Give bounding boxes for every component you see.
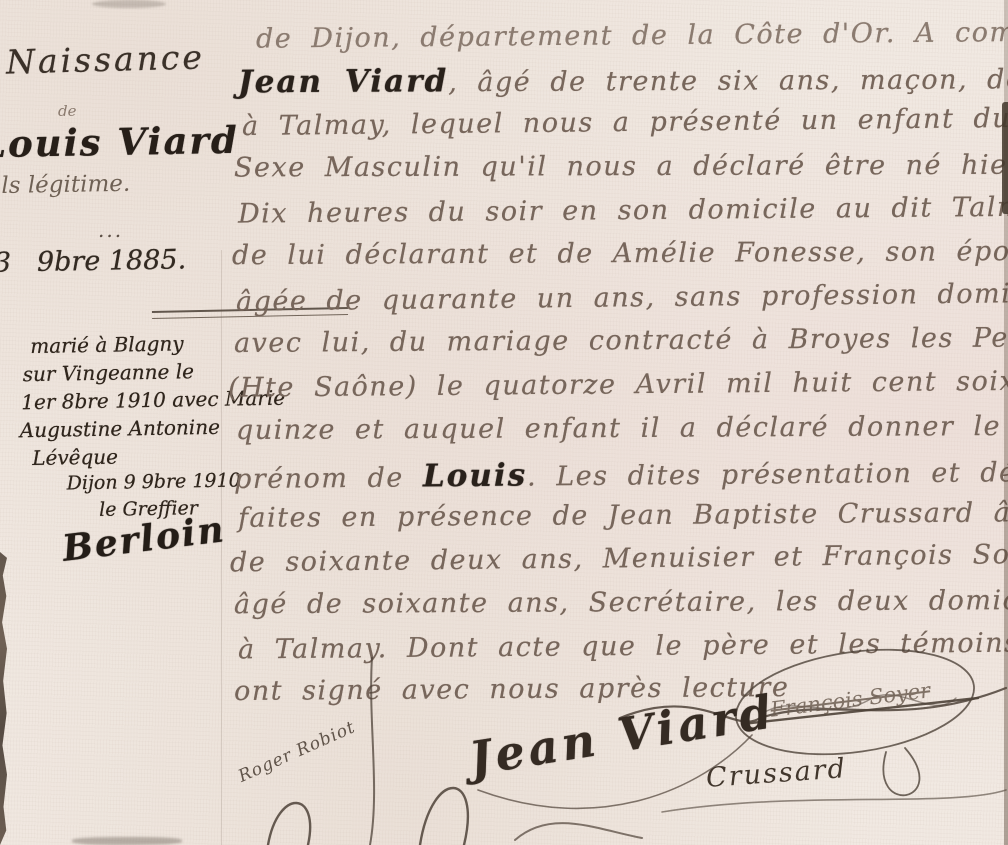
act-line: faites en présence de Jean Baptiste Crus… bbox=[238, 497, 1008, 534]
act-line: âgée de quarante un ans, sans profession… bbox=[236, 278, 1008, 318]
act-line-text: (Hte Saône) le quatorze Avril mil huit c… bbox=[228, 365, 1008, 403]
margin-child-name: Louis Viard bbox=[0, 118, 239, 167]
father-name-text: Jean Viard bbox=[238, 63, 448, 100]
child-firstname-text: Louis bbox=[423, 457, 528, 494]
clerk-signature: Berloin bbox=[60, 508, 228, 570]
act-line-text: quinze et auquel enfant il a déclaré don… bbox=[236, 411, 1001, 446]
act-line-text: faites en présence de Jean Baptiste Crus… bbox=[238, 497, 1008, 534]
act-line-text: de Dijon, département de la Côte d'Or. A… bbox=[256, 16, 1008, 54]
act-line-text: . Les dites présentation et déclaration bbox=[527, 456, 1008, 492]
scan-edge-left bbox=[0, 552, 7, 845]
marriage-note-line: Lévêque bbox=[32, 445, 118, 470]
margin-filiation: fils légitime. bbox=[0, 171, 130, 200]
act-line-text: Sexe Masculin qu'il nous a déclaré être … bbox=[234, 150, 1008, 184]
scan-smudge-top bbox=[92, 0, 166, 8]
marriage-note-line: sur Vingeanne le bbox=[23, 359, 195, 386]
act-line-text: à Talmay, lequel nous a présenté un enfa… bbox=[242, 103, 1008, 142]
act-line: à Talmay, lequel nous a présenté un enfa… bbox=[242, 103, 1008, 142]
act-line-text: de soixante deux ans, Menuisier et Franç… bbox=[230, 539, 1008, 579]
act-line: de soixante deux ans, Menuisier et Franç… bbox=[230, 539, 1008, 579]
margin-rule-line bbox=[221, 250, 222, 845]
margin-ellipsis: ... bbox=[98, 218, 123, 242]
scan-smudge-bottom bbox=[72, 837, 182, 845]
act-line: de lui déclarant et de Amélie Fonesse, s… bbox=[232, 236, 1008, 271]
act-line: quinze et auquel enfant il a déclaré don… bbox=[236, 411, 1001, 446]
act-line: à Talmay. Dont acte que le père et les t… bbox=[238, 628, 1008, 666]
act-line: Jean Viard, âgé de trente six ans, maçon… bbox=[238, 60, 1008, 101]
scanned-birth-record-page: Naissance de Louis Viard fils légitime. … bbox=[0, 0, 1008, 845]
margin-act-date: 3 9bre 1885. bbox=[0, 244, 186, 278]
scan-edge-right-blotch bbox=[1002, 102, 1008, 214]
margin-connector: de bbox=[58, 102, 76, 120]
act-line-text: avec lui, du mariage contracté à Broyes … bbox=[234, 322, 1008, 359]
marriage-note-line: Dijon 9 9bre 1910 bbox=[67, 469, 241, 494]
marriage-note-line: Augustine Antonine bbox=[20, 415, 221, 442]
act-line: de Dijon, département de la Côte d'Or. A… bbox=[256, 16, 1008, 54]
act-line-text: âgé de soixante ans, Secrétaire, les deu… bbox=[234, 585, 1008, 620]
act-line-text: prénom de bbox=[234, 462, 423, 495]
act-line: (Hte Saône) le quatorze Avril mil huit c… bbox=[228, 365, 1008, 403]
act-line: prénom de Louis. Les dites présentation … bbox=[234, 452, 1008, 496]
act-line-text: à Talmay. Dont acte que le père et les t… bbox=[238, 628, 1008, 666]
act-line: âgé de soixante ans, Secrétaire, les deu… bbox=[234, 585, 1008, 620]
act-line: Sexe Masculin qu'il nous a déclaré être … bbox=[234, 150, 1008, 184]
act-line: Dix heures du soir en son domicile au di… bbox=[238, 191, 1008, 229]
act-line: avec lui, du mariage contracté à Broyes … bbox=[234, 322, 1008, 359]
act-line-text: de lui déclarant et de Amélie Fonesse, s… bbox=[232, 236, 1008, 271]
margin-heading: Naissance bbox=[6, 37, 206, 81]
act-line-text: , âgé de trente six ans, maçon, domicili… bbox=[448, 64, 1008, 99]
marriage-note-line: marié à Blagny bbox=[30, 331, 184, 358]
act-line-text: âgée de quarante un ans, sans profession… bbox=[236, 278, 1008, 318]
act-line-text: Dix heures du soir en son domicile au di… bbox=[238, 191, 1008, 229]
